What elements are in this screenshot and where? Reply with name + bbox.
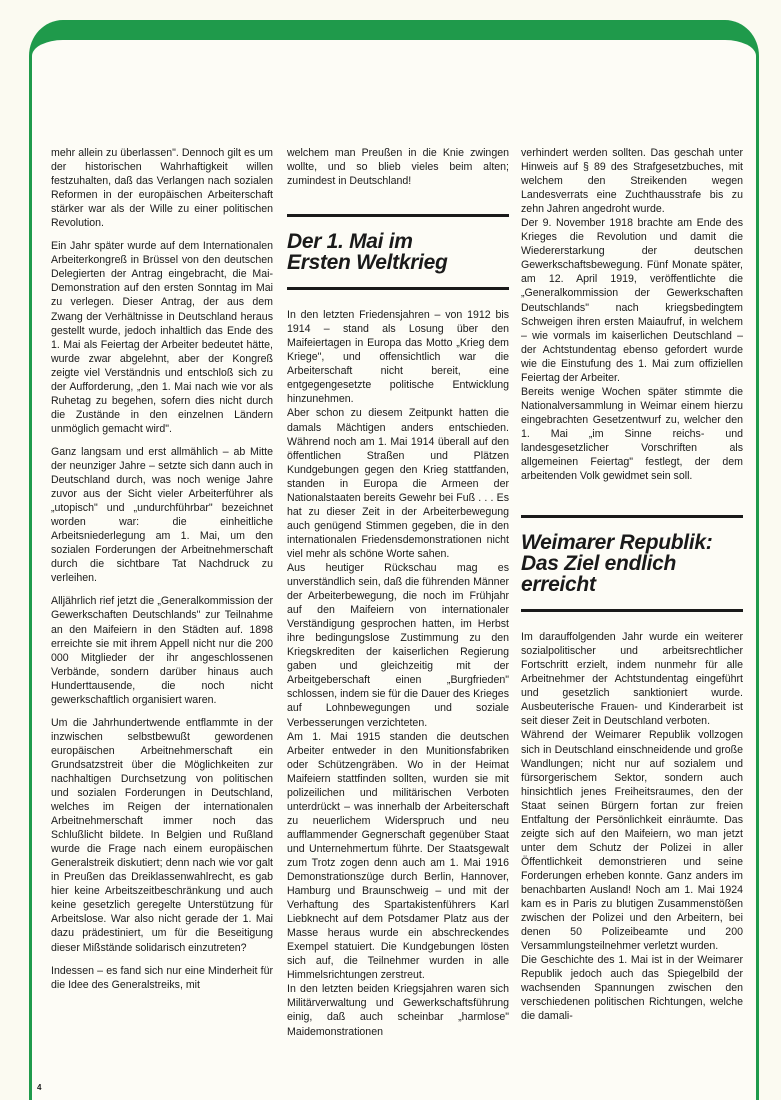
section-heading-weltkrieg: Der 1. Mai im Ersten Weltkrieg	[287, 231, 509, 273]
paragraph: Um die Jahrhundertwende entflammte in de…	[51, 716, 273, 955]
column-2: welchem man Preußen in die Knie zwingen …	[287, 146, 509, 1039]
heading-rule-bottom	[287, 287, 509, 290]
heading-rule-top	[521, 515, 743, 518]
paragraph: Ein Jahr später wurde auf dem Internatio…	[51, 239, 273, 436]
paragraph: Alljährlich rief jetzt die „Generalkommi…	[51, 594, 273, 706]
page-number: 4	[37, 1083, 41, 1092]
paragraph: In den letzten beiden Kriegsjahren waren…	[287, 982, 509, 1038]
heading-rule-top	[287, 214, 509, 217]
heading-rule-bottom	[521, 609, 743, 612]
paragraph: verhindert werden sollten. Das geschah u…	[521, 146, 743, 216]
paragraph: Aus heutiger Rückschau mag es unverständ…	[287, 561, 509, 730]
paragraph: Am 1. Mai 1915 standen die deutschen Arb…	[287, 730, 509, 983]
paragraph: Der 9. November 1918 brachte am Ende des…	[521, 216, 743, 385]
paragraph: Während der Weimarer Republik vollzogen …	[521, 728, 743, 953]
paragraph: Die Geschichte des 1. Mai ist in der Wei…	[521, 953, 743, 1023]
column-1: mehr allein zu überlassen". Dennoch gilt…	[51, 146, 273, 992]
section-heading-weimar: Weimarer Republik: Das Ziel endlich erre…	[521, 532, 743, 595]
paragraph: welchem man Preußen in die Knie zwingen …	[287, 146, 509, 188]
paragraph: Indessen – es fand sich nur eine Minderh…	[51, 964, 273, 992]
paragraph: mehr allein zu überlassen". Dennoch gilt…	[51, 146, 273, 230]
paragraph: Im darauffolgenden Jahr wurde ein weiter…	[521, 630, 743, 728]
paragraph: Ganz langsam und erst allmählich – ab Mi…	[51, 445, 273, 585]
paragraph: Bereits wenige Wochen später stimmte die…	[521, 385, 743, 483]
paragraph: Aber schon zu diesem Zeitpunkt hatten di…	[287, 406, 509, 561]
column-3: verhindert werden sollten. Das geschah u…	[521, 146, 743, 1023]
paragraph: In den letzten Friedensjahren – von 1912…	[287, 308, 509, 406]
